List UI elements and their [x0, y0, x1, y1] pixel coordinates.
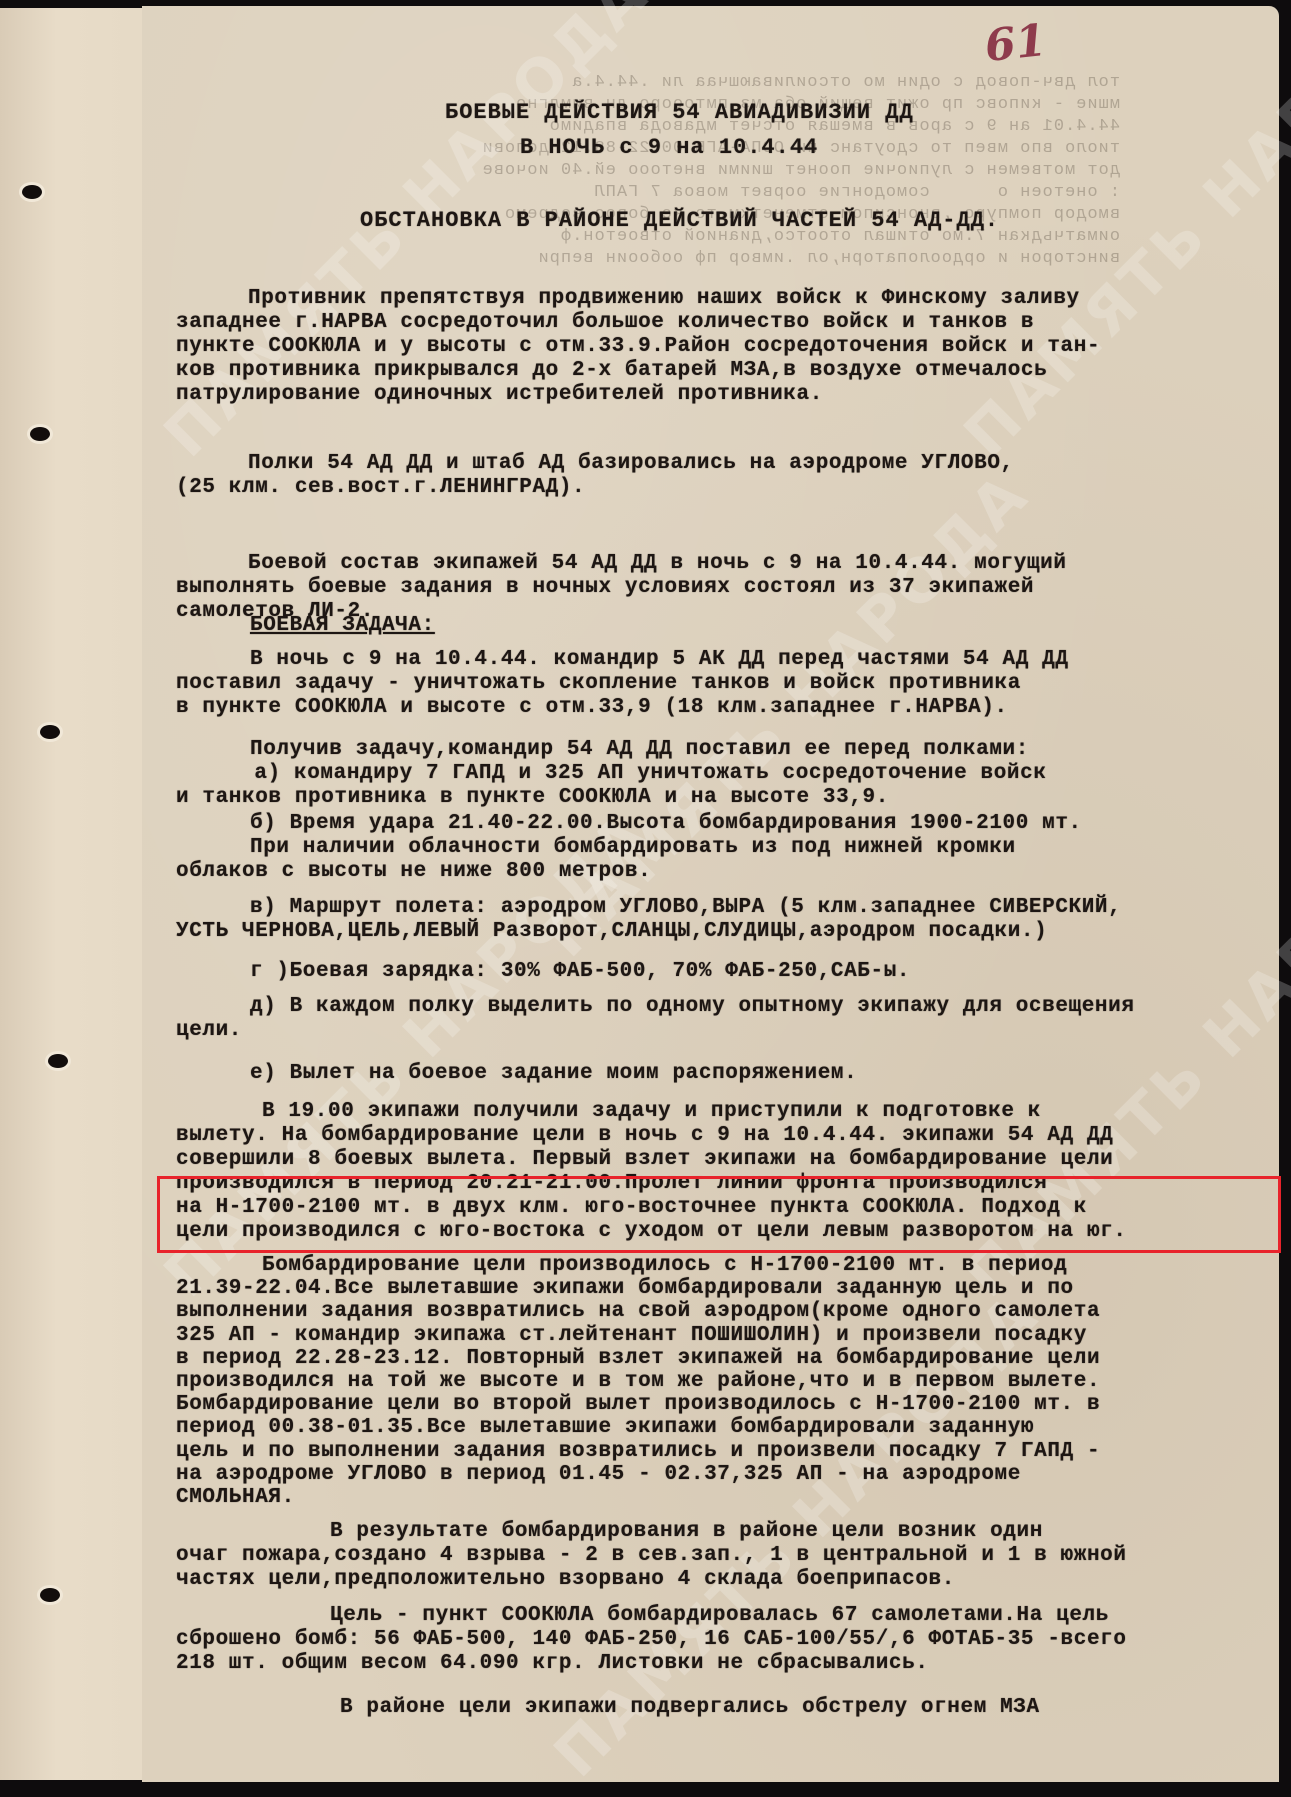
paragraph-line: В ночь с 9 на 10.4.44. командир 5 АК ДД …: [250, 648, 1069, 671]
paragraph-line: выполнять боевые задания в ночных услови…: [176, 576, 1034, 599]
paragraph-line: частях цели,предположительно взорвано 4 …: [176, 1568, 955, 1591]
paragraph-line: в пункте СООКЮЛА и высоте с отм.33,9 (18…: [176, 696, 1008, 719]
punch-hole: [40, 1588, 60, 1602]
paragraph-line: цели.: [176, 1019, 242, 1042]
page-number: 61: [983, 15, 1049, 72]
paragraph-line: б) Время удара 21.40-22.00.Высота бомбар…: [250, 812, 1082, 835]
paragraph-line: СМОЛЬНАЯ.: [176, 1486, 295, 1509]
paragraph-line: Бомбардирование цели производилось с Н-1…: [262, 1254, 1067, 1277]
paragraph-line: е) Вылет на боевое задание моим распоряж…: [250, 1062, 857, 1085]
section-heading-task: БОЕВАЯ ЗАДАЧА:: [250, 614, 435, 637]
paragraph-line: В районе цели экипажи подвергались обстр…: [340, 1696, 1040, 1719]
paragraph-line: УСТЬ ЧЕРНОВА,ЦЕЛЬ,ЛЕВЫЙ Разворот,СЛАНЦЫ,…: [176, 920, 1047, 943]
paragraph-line: (25 клм. сев.вост.г.ЛЕНИНГРАД).: [176, 476, 585, 499]
paragraph-line: вылету. На бомбардирование цели в ночь с…: [176, 1124, 1113, 1147]
paragraph-line: производился на той же высоте и в том же…: [176, 1370, 1100, 1393]
paragraph-line: При наличии облачности бомбардировать из…: [250, 836, 1016, 859]
highlight-box: [157, 1176, 1281, 1253]
paragraph-line: 218 шт. общим весом 64.090 кгр. Листовки…: [176, 1652, 929, 1675]
punch-hole: [40, 725, 60, 739]
paragraph-line: пункте СООКЮЛА и у высоты с отм.33.9.Рай…: [176, 335, 1100, 358]
punch-hole: [30, 427, 50, 441]
paragraph-line: и танков противника в пункте СООКЮЛА и н…: [176, 786, 889, 809]
punch-hole: [22, 185, 42, 199]
paragraph-line: Боевой состав экипажей 54 АД ДД в ночь с…: [248, 552, 1067, 575]
paragraph-line: ков противника прикрывался до 2-х батаре…: [176, 359, 1047, 382]
paragraph-line: период 00.38-01.35.Все вылетавшие экипаж…: [176, 1416, 1034, 1439]
paragraph-line: В результате бомбардирования в районе це…: [330, 1520, 1043, 1543]
paragraph-line: в) Маршрут полета: аэродром УГЛОВО,ВЫРА …: [250, 896, 1121, 919]
punch-hole: [48, 1054, 68, 1068]
paragraph-line: в период 22.28-23.12. Повторный взлет эк…: [176, 1347, 1100, 1370]
binding-margin: [0, 8, 143, 1780]
paragraph-line: Цель - пункт СООКЮЛА бомбардировалась 67…: [330, 1604, 1109, 1627]
document-subtitle: В НОЧЬ с 9 на 10.4.44: [520, 135, 818, 160]
paragraph-line: Полки 54 АД ДД и штаб АД базировались на…: [248, 452, 1014, 475]
paragraph-line: облаков с высоты не ниже 800 метров.: [176, 860, 651, 883]
paragraph-line: а) командиру 7 ГАПД и 325 АП уничтожать …: [228, 762, 1047, 785]
paragraph-line: д) В каждом полку выделить по одному опы…: [250, 995, 1135, 1018]
paragraph-line: Получив задачу,командир 54 АД ДД постави…: [250, 738, 1029, 761]
paragraph-line: 325 АП - командир экипажа ст.лейтенант П…: [176, 1324, 1087, 1347]
paragraph-line: западнее г.НАРВА сосредоточил большое ко…: [176, 311, 1034, 334]
paragraph-line: очаг пожара,создано 4 взрыва - 2 в сев.з…: [176, 1544, 1127, 1567]
paragraph-line: выполнении задания возвратились на свой …: [176, 1300, 1100, 1323]
paragraph-line: совершили 8 боевых вылета. Первый взлет …: [176, 1148, 1113, 1171]
paragraph-line: г )Боевая зарядка: 30% ФАБ-500, 70% ФАБ-…: [250, 960, 910, 983]
document-title: БОЕВЫЕ ДЕЙСТВИЯ 54 АВИАДИВИЗИИ ДД: [445, 100, 914, 125]
paragraph-line: 21.39-22.04.Все вылетавшие экипажи бомба…: [176, 1277, 1074, 1300]
paragraph-line: цель и по выполнении задания возвратилис…: [176, 1440, 1100, 1463]
document-sheet: [142, 6, 1279, 1782]
paragraph-line: В 19.00 экипажи получили задачу и присту…: [262, 1100, 1041, 1123]
paragraph-line: на аэродроме УГЛОВО в период 01.45 - 02.…: [176, 1463, 1021, 1486]
paragraph-line: поставил задачу - уничтожать скопление т…: [176, 672, 1021, 695]
section-heading-situation: ОБСТАНОВКА В РАЙОНЕ ДЕЙСТВИЙ ЧАСТЕЙ 54 А…: [360, 208, 999, 233]
paragraph-line: патрулирование одиночных истребителей пр…: [176, 383, 823, 406]
paragraph-line: Противник препятствуя продвижению наших …: [248, 287, 1080, 310]
paragraph-line: Бомбардирование цели во второй вылет про…: [176, 1393, 1100, 1416]
paragraph-line: сброшено бомб: 56 ФАБ-500, 140 ФАБ-250, …: [176, 1628, 1127, 1651]
